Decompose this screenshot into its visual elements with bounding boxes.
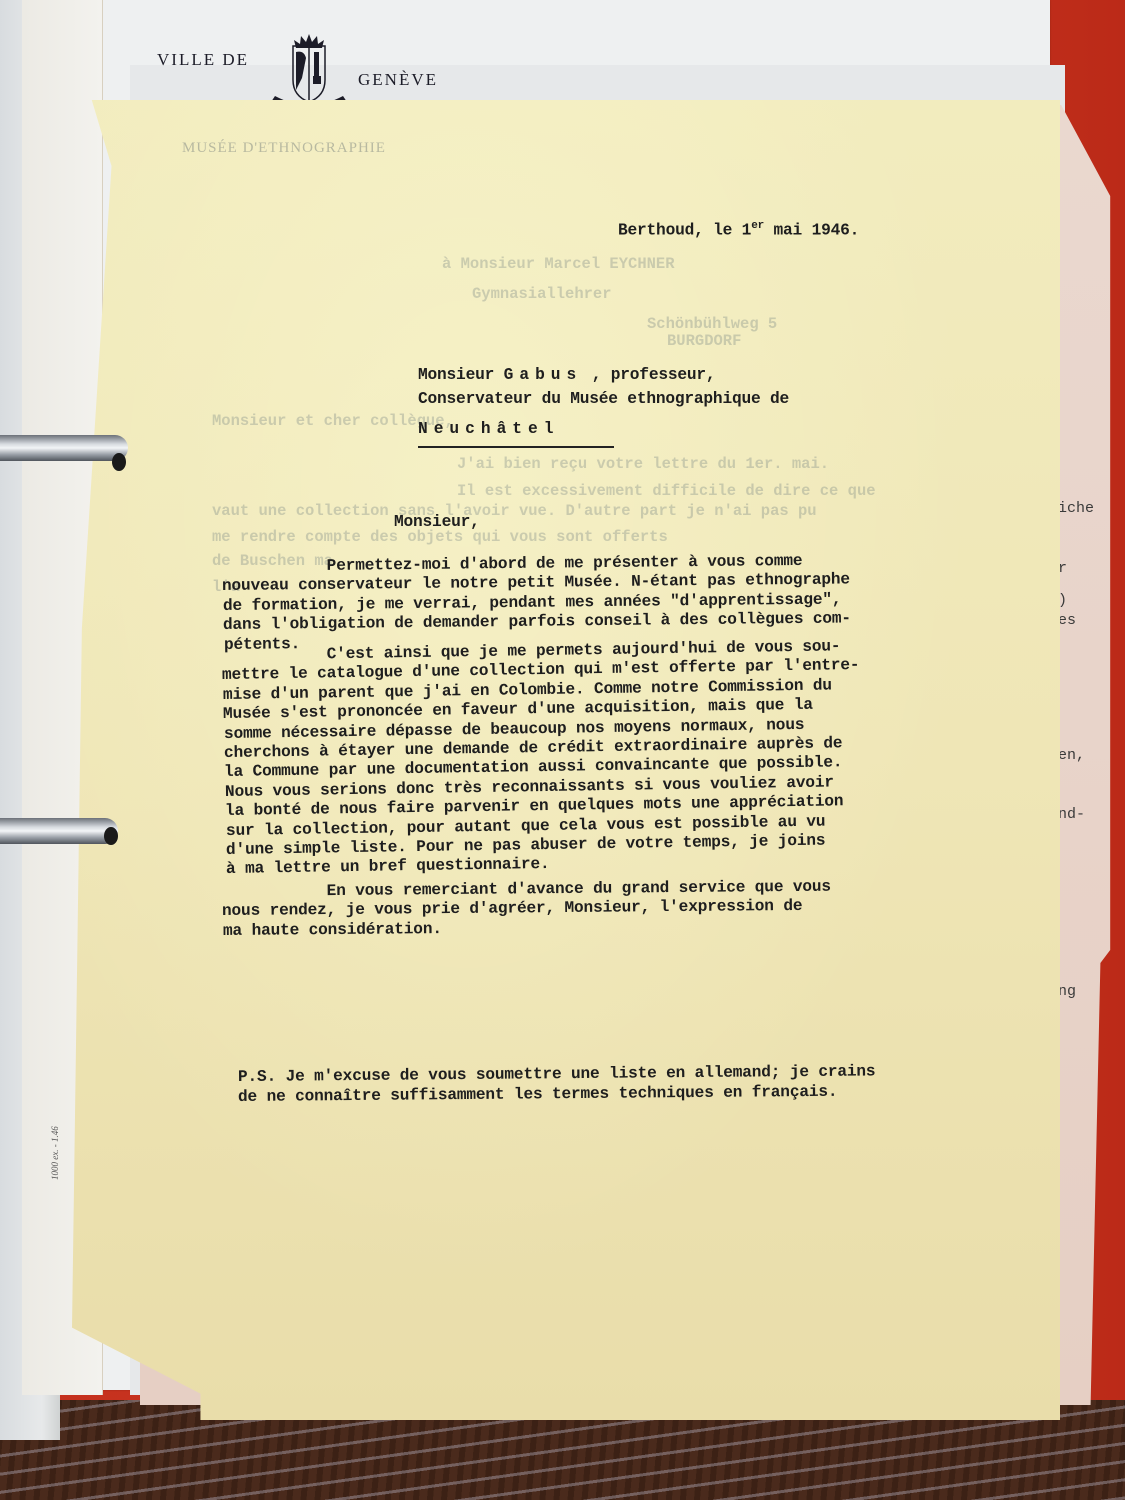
underlying-text-fragment: en, — [1058, 747, 1085, 764]
recipient-line-1: Monsieur Gabus , professeur, — [418, 366, 715, 386]
recipient-city: Neuchâtel — [418, 420, 559, 440]
ghost-body-line: J'ai bien reçu votre lettre du 1er. mai. — [457, 455, 829, 473]
ghost-address-line: Gymnasiallehrer — [472, 285, 612, 303]
postscript-line: de ne connaître suffisamment les termes … — [238, 1083, 838, 1108]
binder-ring-bottom — [0, 818, 118, 844]
letterhead-left: VILLE DE — [157, 50, 249, 70]
punch-hole — [104, 827, 118, 845]
geneva-crest-icon — [263, 30, 355, 112]
body-line: nous rendez, je vous prie d'agréer, Mons… — [222, 897, 803, 922]
underlying-text-fragment: iche — [1058, 500, 1094, 517]
punch-hole — [112, 453, 126, 471]
body-line: à ma lettre un bref questionnaire. — [226, 855, 550, 880]
print-code: 1000 ex. - 1.46 — [50, 1126, 60, 1180]
ghost-body-line: vaut une collection sans l'avoir vue. D'… — [212, 502, 817, 520]
geneva-letterhead: VILLE DE GENÈVE — [100, 0, 1060, 110]
binder-ring-top — [0, 435, 128, 461]
salutation: Monsieur, — [394, 513, 480, 533]
ghost-address-line: à Monsieur Marcel EYCHNER — [442, 255, 675, 273]
ghost-address-line: Schönbühlweg 5 — [647, 315, 777, 333]
recipient-line-2: Conservateur du Musée ethnographique de — [418, 390, 789, 410]
ghost-body-line: Il est excessivement difficile de dire c… — [457, 482, 876, 500]
underlying-text-fragment: es — [1058, 612, 1076, 629]
body-line: ma haute considération. — [223, 920, 442, 941]
underlying-text-fragment: nd- — [1058, 806, 1085, 823]
letter-date: Berthoud, le 1er mai 1946. — [618, 217, 859, 241]
typed-letter: MUSÉE D'ETHNOGRAPHIE à Monsieur Marcel E… — [72, 100, 1060, 1420]
letterhead-right: GENÈVE — [358, 70, 438, 90]
ghost-address-line: BURGDORF — [667, 332, 741, 350]
city-underline — [418, 446, 614, 448]
faded-department-heading: MUSÉE D'ETHNOGRAPHIE — [182, 140, 386, 157]
underlying-text-fragment: ng — [1058, 983, 1076, 1000]
